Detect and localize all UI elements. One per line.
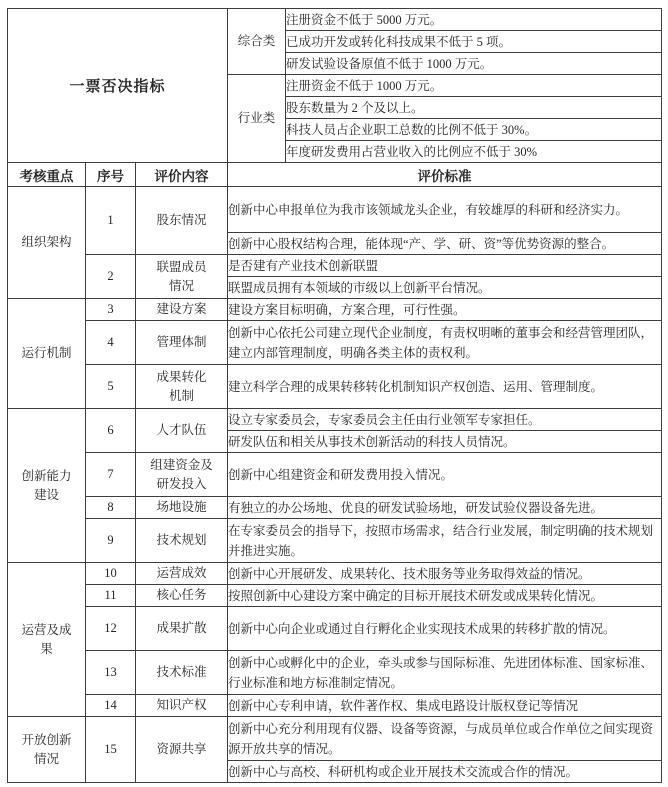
table-row: 7 组建资金及 研发投入 创新中心组建资金和研发费用投入情况。 [8,453,662,497]
serial-number-cell: 9 [86,519,136,563]
evaluation-content-cell: 人才队伍 [136,409,228,453]
serial-number-cell: 8 [86,497,136,519]
veto-criterion: 股东数量为 2 个及以上。 [286,97,662,119]
evaluation-content-cell: 资源共享 [136,717,228,783]
standard-cell: 设立专家委员会，专家委员会主任由行业领军专家担任。 [228,409,662,431]
standard-cell: 创新中心向企业或通过自行孵化企业实现技术成果的转移扩散的情况。 [228,607,662,651]
evaluation-content-cell: 组建资金及 研发投入 [136,453,228,497]
standard-cell: 建立科学合理的成果转移转化机制知识产权创造、运用、管理制度。 [228,365,662,409]
table-row: 5 成果转化 机制 建立科学合理的成果转移转化机制知识产权创造、运用、管理制度。 [8,365,662,409]
table-row: 2 联盟成员 情况 是否建有产业技术创新联盟 [8,255,662,277]
table-row: 8 场地设施 有独立的办公场地、优良的研发试验场地，研发试验仪器设备先进。 [8,497,662,519]
evaluation-content-cell: 运营成效 [136,563,228,585]
table-row: 开放创新 情况 15 资源共享 创新中心充分利用现有仪器、设备等资源，与成员单位… [8,717,662,761]
standard-cell: 是否建有产业技术创新联盟 [228,255,662,277]
evaluation-content-cell: 股东情况 [136,187,228,255]
table-row: 4 管理体制 创新中心依托公司建立现代企业制度，有责权明晰的董事会和经营管理团队… [8,321,662,365]
serial-number-cell: 5 [86,365,136,409]
header-evaluation-standard: 评价标准 [228,163,662,187]
serial-number-cell: 14 [86,695,136,717]
standard-cell: 创新中心开展研发、成果转化、技术服务等业务取得效益的情况。 [228,563,662,585]
evaluation-content-cell: 成果扩散 [136,607,228,651]
serial-number-cell: 4 [86,321,136,365]
standard-cell: 有独立的办公场地、优良的研发试验场地，研发试验仪器设备先进。 [228,497,662,519]
evaluation-content-cell: 技术标准 [136,651,228,695]
serial-number-cell: 11 [86,585,136,607]
standard-cell: 创新中心组建资金和研发费用投入情况。 [228,453,662,497]
evaluation-content-cell: 知识产权 [136,695,228,717]
category-cell-comprehensive: 综合类 [228,9,286,75]
table-row: 组织架构 1 股东情况 创新中心申报单位为我市该领域龙头企业，有较雄厚的科研和经… [8,187,662,233]
evaluation-content-cell: 核心任务 [136,585,228,607]
table-row: 13 技术标准 创新中心或孵化中的企业，牵头或参与国际标准、先进团体标准、国家标… [8,651,662,695]
serial-number-cell: 13 [86,651,136,695]
evaluation-content-cell: 成果转化 机制 [136,365,228,409]
category-cell-industry: 行业类 [228,75,286,163]
assessment-focus-cell: 开放创新 情况 [8,717,86,783]
header-row: 考核重点 序号 评价内容 评价标准 [8,163,662,187]
veto-criterion: 年度研发费用占营业收入的比例应不低于 30% [286,141,662,163]
evaluation-content-cell: 管理体制 [136,321,228,365]
table-row: 运营及成 果 10 运营成效 创新中心开展研发、成果转化、技术服务等业务取得效益… [8,563,662,585]
header-serial-number: 序号 [86,163,136,187]
serial-number-cell: 6 [86,409,136,453]
evaluation-content-cell: 场地设施 [136,497,228,519]
standard-cell: 按照创新中心建设方案中确定的目标开展技术研发或成果转化情况。 [228,585,662,607]
table-row: 创新能力 建设 6 人才队伍 设立专家委员会，专家委员会主任由行业领军专家担任。 [8,409,662,431]
veto-criterion: 科技人员占企业职工总数的比例不低于 30%。 [286,119,662,141]
standard-cell: 创新中心依托公司建立现代企业制度，有责权明晰的董事会和经营管理团队，建立内部管理… [228,321,662,365]
table-row: 一票否决指标 综合类 注册资金不低于 5000 万元。 [8,9,662,31]
veto-criterion: 注册资金不低于 1000 万元。 [286,75,662,97]
serial-number-cell: 7 [86,453,136,497]
standard-cell: 联盟成员拥有本领域的市级以上创新平台情况。 [228,277,662,299]
evaluation-content-cell: 技术规划 [136,519,228,563]
veto-indicator-label: 一票否决指标 [8,9,228,163]
standard-cell: 建设方案目标明确，方案合理，可行性强。 [228,299,662,321]
table-row: 运行机制 3 建设方案 建设方案目标明确，方案合理，可行性强。 [8,299,662,321]
document-page: 一票否决指标 综合类 注册资金不低于 5000 万元。 已成功开发或转化科技成果… [0,0,668,783]
standard-cell: 研发队伍和相关从事技术创新活动的科技人员情况。 [228,431,662,453]
serial-number-cell: 10 [86,563,136,585]
veto-criterion: 研发试验设备原值不低于 1000 万元。 [286,53,662,75]
serial-number-cell: 15 [86,717,136,783]
table-row: 12 成果扩散 创新中心向企业或通过自行孵化企业实现技术成果的转移扩散的情况。 [8,607,662,651]
standard-cell: 在专家委员会的指导下，按照市场需求，结合行业发展，制定明确的技术规划并推进实施。 [228,519,662,563]
evaluation-content-cell: 建设方案 [136,299,228,321]
standard-cell: 创新中心或孵化中的企业，牵头或参与国际标准、先进团体标准、国家标准、行业标准和地… [228,651,662,695]
standard-cell: 创新中心充分利用现有仪器、设备等资源，与成员单位或合作单位之间实现资源开放共享的… [228,717,662,761]
header-assessment-focus: 考核重点 [8,163,86,187]
veto-criterion: 已成功开发或转化科技成果不低于 5 项。 [286,31,662,53]
veto-criterion: 注册资金不低于 5000 万元。 [286,9,662,31]
serial-number-cell: 12 [86,607,136,651]
standard-cell: 创新中心申报单位为我市该领域龙头企业，有较雄厚的科研和经济实力。 [228,187,662,233]
standard-cell: 创新中心与高校、科研机构或企业开展技术交流或合作的情况。 [228,761,662,783]
serial-number-cell: 2 [86,255,136,299]
standard-cell: 创新中心股权结构合理，能体现“产、学、研、资”等优势资源的整合。 [228,233,662,255]
assessment-focus-cell: 运营及成 果 [8,563,86,717]
assessment-focus-cell: 组织架构 [8,187,86,299]
table-row: 11 核心任务 按照创新中心建设方案中确定的目标开展技术研发或成果转化情况。 [8,585,662,607]
serial-number-cell: 3 [86,299,136,321]
assessment-focus-cell: 运行机制 [8,299,86,409]
evaluation-content-cell: 联盟成员 情况 [136,255,228,299]
serial-number-cell: 1 [86,187,136,255]
standard-cell: 创新中心专利申请，软件著作权、集成电路设计版权登记等情况 [228,695,662,717]
table-row: 9 技术规划 在专家委员会的指导下，按照市场需求，结合行业发展，制定明确的技术规… [8,519,662,563]
evaluation-criteria-table: 一票否决指标 综合类 注册资金不低于 5000 万元。 已成功开发或转化科技成果… [7,8,662,783]
header-evaluation-content: 评价内容 [136,163,228,187]
assessment-focus-cell: 创新能力 建设 [8,409,86,563]
table-row: 14 知识产权 创新中心专利申请，软件著作权、集成电路设计版权登记等情况 [8,695,662,717]
